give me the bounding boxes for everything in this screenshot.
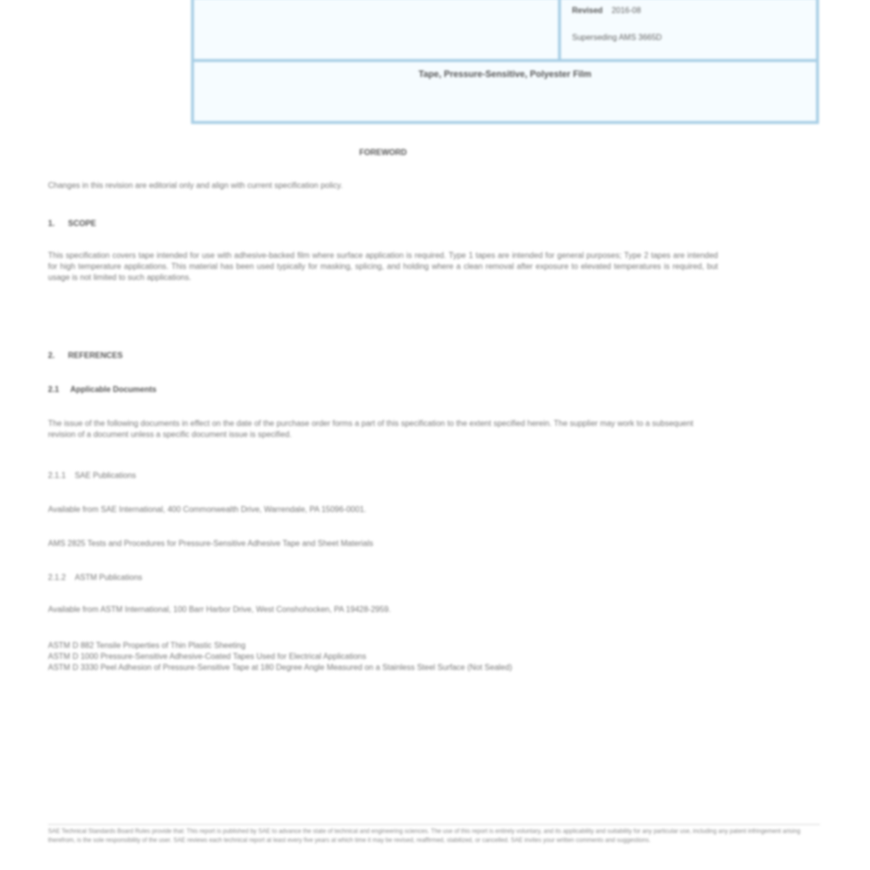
- astm-reference-list: ASTM D 882 Tensile Properties of Thin Pl…: [48, 640, 718, 673]
- document-header-box: Revised 2016-08 Superseding AMS 3665D Ta…: [191, 0, 819, 124]
- document-title: Tape, Pressure-Sensitive, Polyester Film: [194, 69, 816, 79]
- sae-availability-text: Available from SAE International, 400 Co…: [48, 504, 718, 515]
- section-2-1-heading: 2.1 Applicable Documents: [48, 384, 718, 395]
- astm-ref-item: ASTM D 3330 Peel Adhesion of Pressure-Se…: [48, 662, 718, 673]
- section-2-1-1-heading: 2.1.1 SAE Publications: [48, 470, 718, 481]
- header-revision-info: Revised 2016-08 Superseding AMS 3665D: [572, 0, 662, 43]
- astm-availability-text: Available from ASTM International, 100 B…: [48, 604, 718, 615]
- astm-ref-item: ASTM D 882 Tensile Properties of Thin Pl…: [48, 640, 718, 651]
- applicable-docs-text: The issue of the following documents in …: [48, 418, 718, 440]
- foreword-heading: FOREWORD: [48, 147, 718, 158]
- section-2-1-2-heading: 2.1.2 ASTM Publications: [48, 572, 718, 583]
- section-2-heading: 2. REFERENCES: [48, 350, 718, 361]
- header-divider: [558, 0, 561, 59]
- revised-date: 2016-08: [612, 6, 641, 15]
- header-top-row: [194, 0, 816, 62]
- scope-text: This specification covers tape intended …: [48, 250, 718, 283]
- foreword-text: Changes in this revision are editorial o…: [48, 180, 718, 191]
- astm-ref-item: ASTM D 1000 Pressure-Sensitive Adhesive-…: [48, 651, 718, 662]
- sae-ams-2825-ref: AMS 2825 Tests and Procedures for Pressu…: [48, 538, 718, 549]
- section-1-heading: 1. SCOPE: [48, 218, 718, 229]
- footer-notice: SAE Technical Standards Board Rules prov…: [48, 824, 820, 846]
- superseding-text: Superseding AMS 3665D: [572, 32, 662, 43]
